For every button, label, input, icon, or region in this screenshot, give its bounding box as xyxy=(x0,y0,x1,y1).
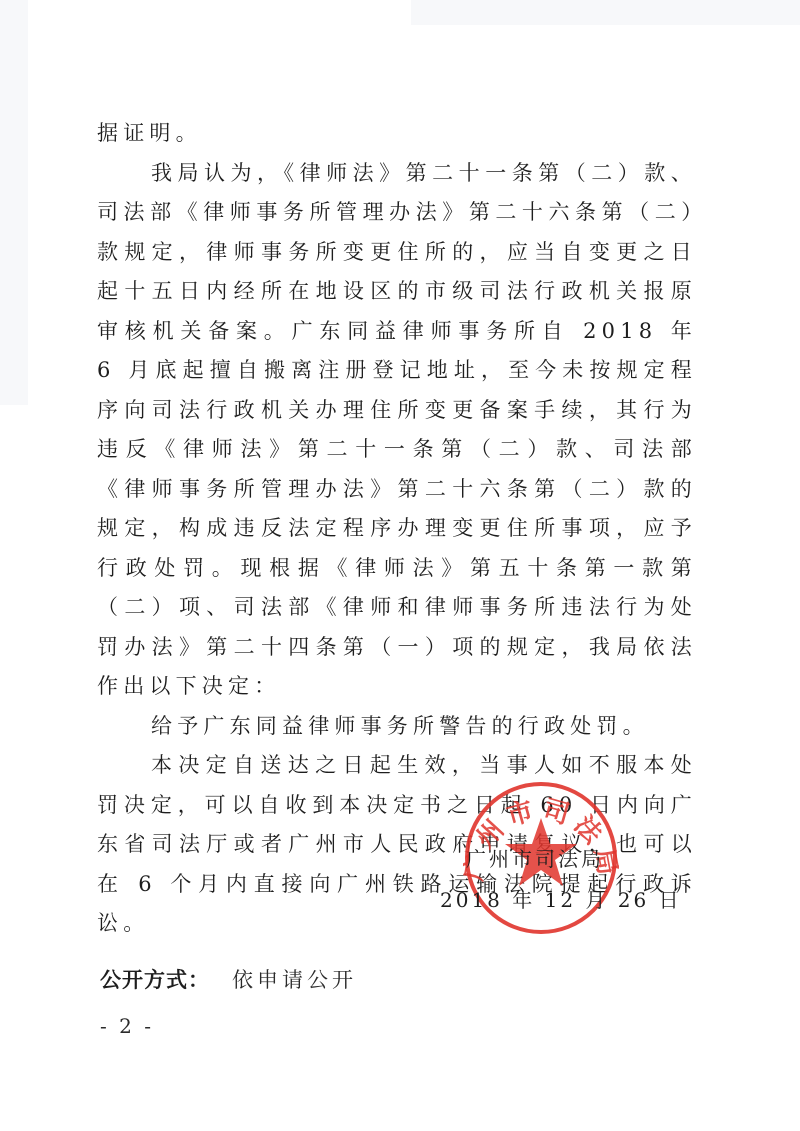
paragraph-3: 给予广东同益律师事务所警告的行政处罚。 xyxy=(97,707,697,747)
signing-organization: 广州市司法局 xyxy=(466,843,604,872)
disclosure-label: 公开方式： xyxy=(100,968,210,992)
disclosure-method: 公开方式：依申请公开 xyxy=(100,964,357,994)
scan-edge-left xyxy=(0,0,28,405)
scan-edge-top xyxy=(411,0,800,25)
disclosure-value: 依申请公开 xyxy=(232,968,357,992)
signing-date: 2018 年 12 月 26 日 xyxy=(440,884,682,913)
paragraph-2: 我局认为，《律师法》第二十一条第（二）款、司法部《律师事务所管理办法》第二十六条… xyxy=(97,154,697,707)
paragraph-1: 据证明。 xyxy=(97,114,697,154)
page-number: - 2 - xyxy=(100,1014,154,1038)
